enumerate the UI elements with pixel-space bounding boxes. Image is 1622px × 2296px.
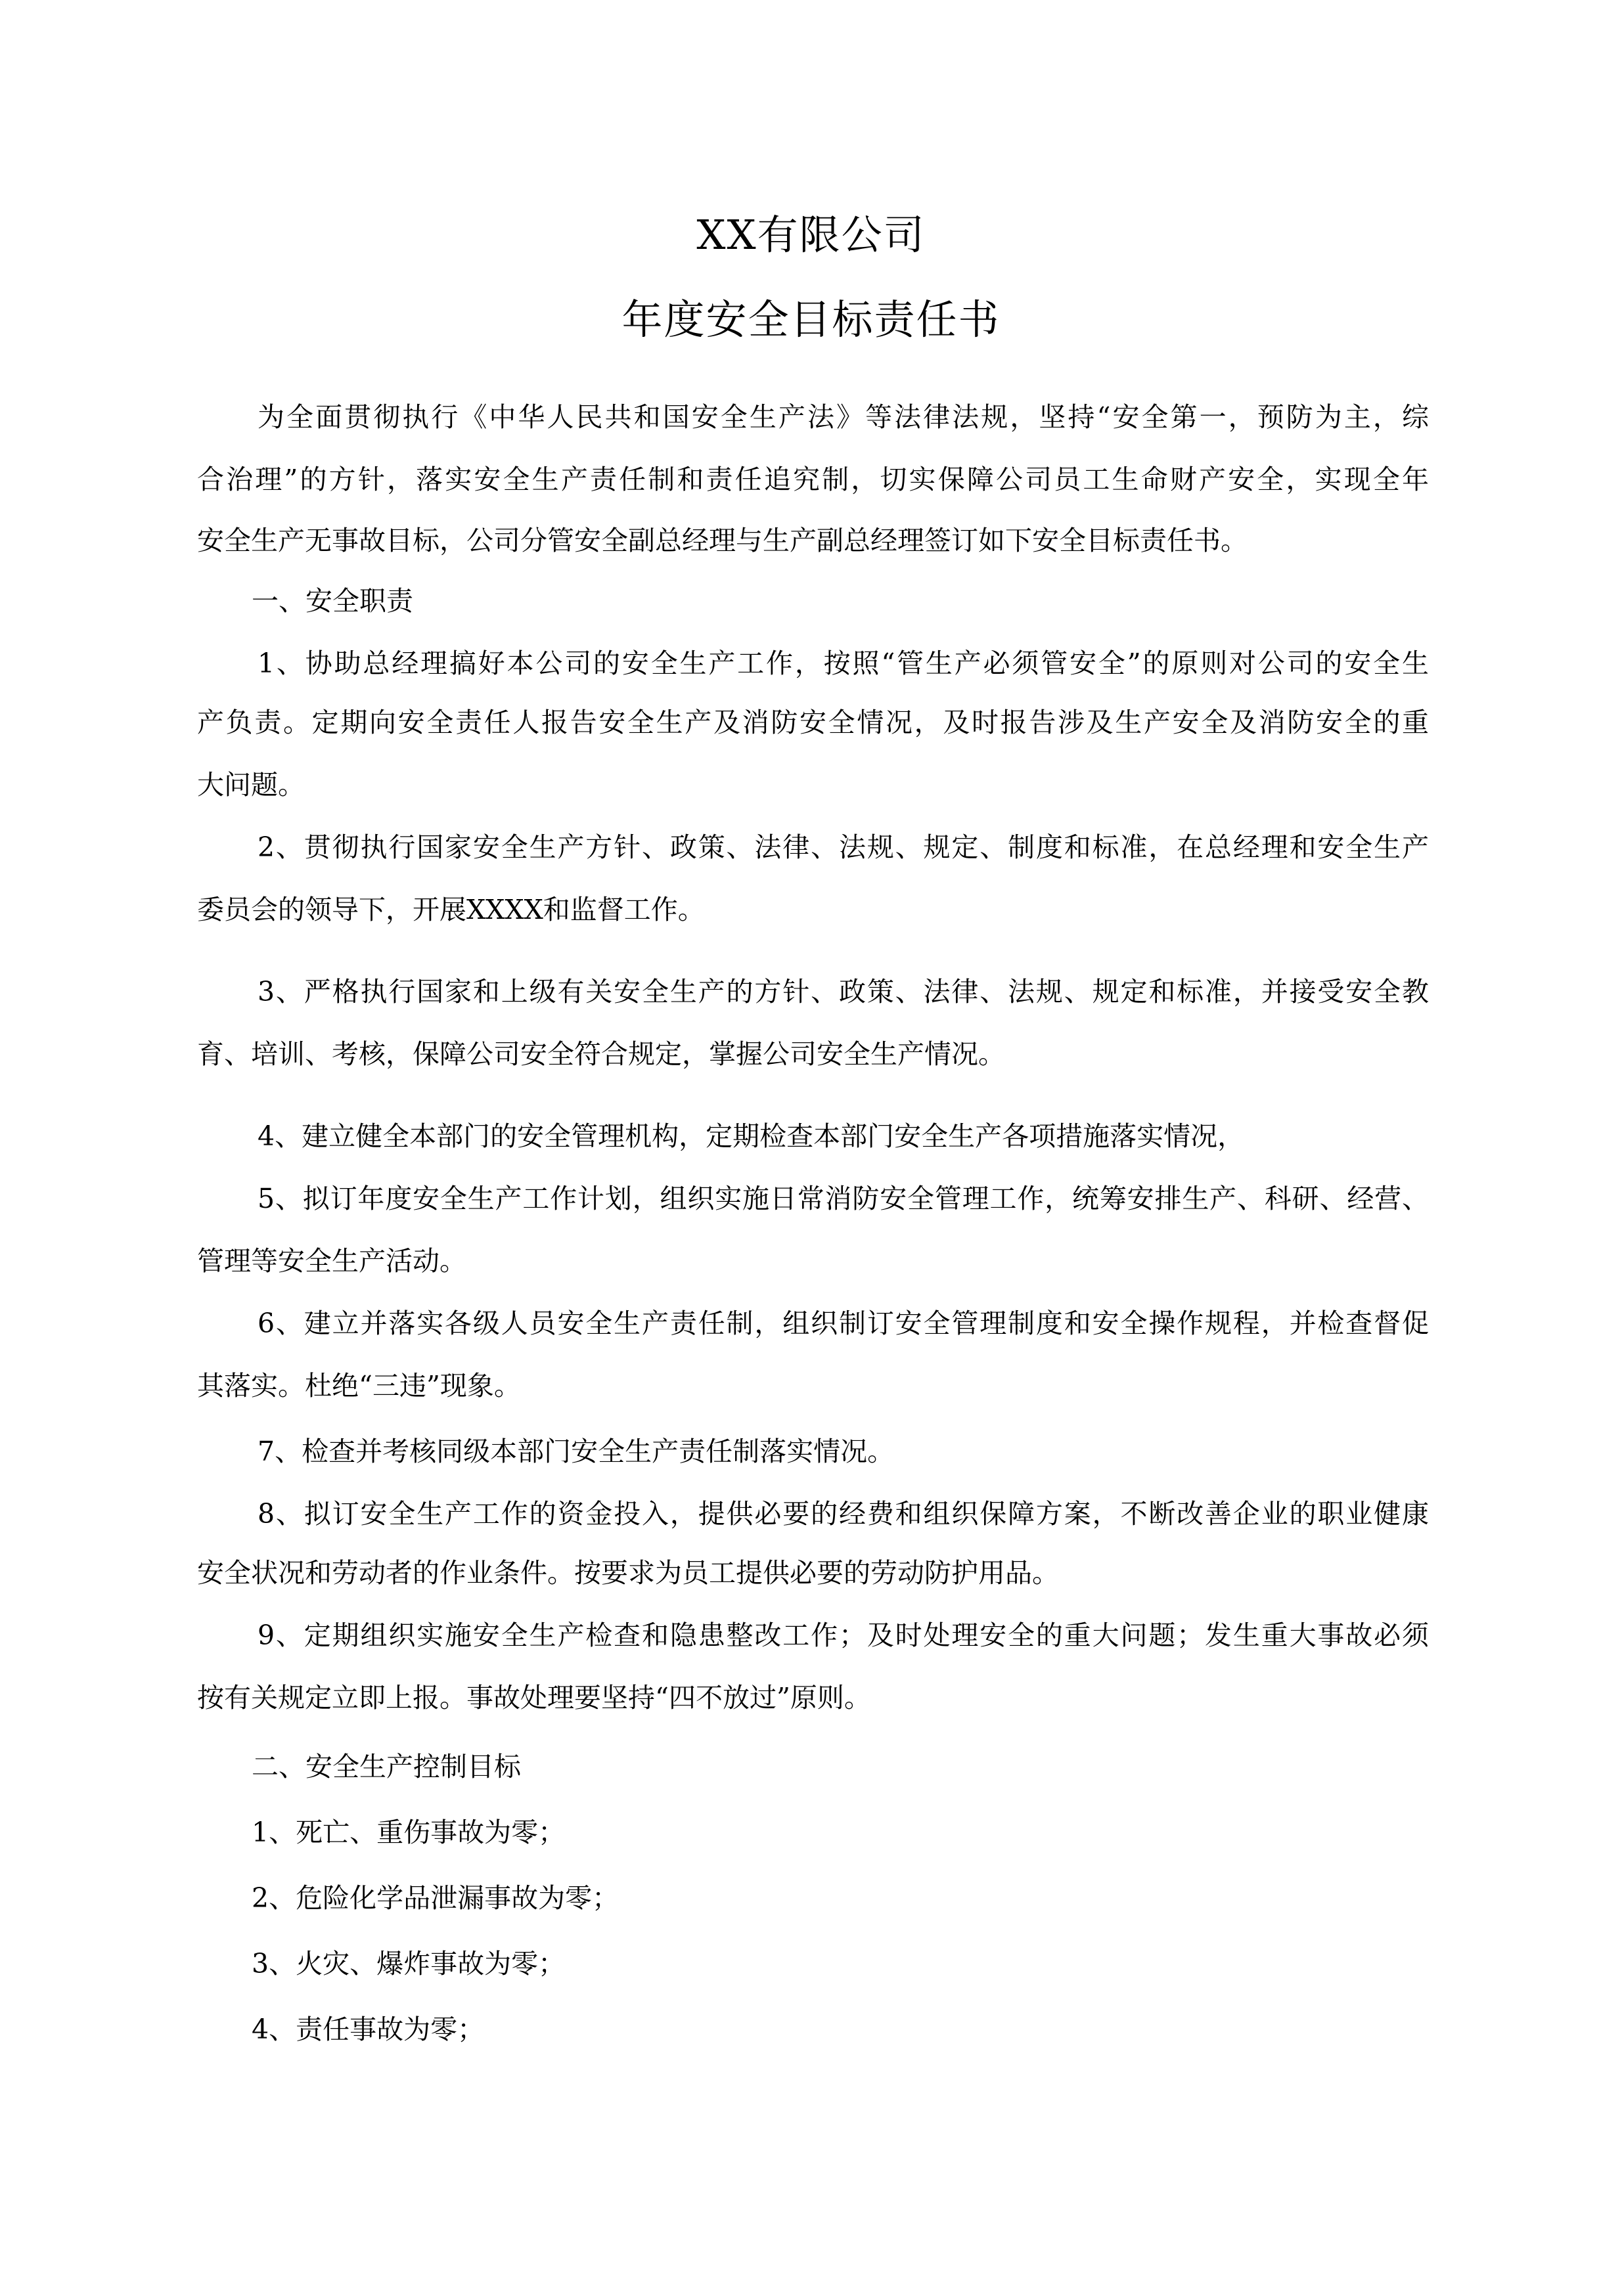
duty-item-2-cont: 委员会的领导下，开展XXXX和监督工作。: [197, 890, 1429, 929]
duty-item-1: 1、协助总经理搞好本公司的安全生产工作，按照“管生产必须管安全”的原则对公司的安…: [258, 644, 1429, 683]
section-heading-targets: 二、安全生产控制目标: [252, 1747, 1483, 1786]
duty-item-3-cont: 育、培训、考核，保障公司安全符合规定，掌握公司安全生产情况。: [197, 1034, 1429, 1074]
duty-item-1-cont: 大问题。: [197, 765, 1429, 805]
duty-item-9-cont: 按有关规定立即上报。事故处理要坚持“四不放过”原则。: [197, 1678, 1429, 1717]
duty-item-5-cont: 管理等安全生产活动。: [197, 1241, 1429, 1281]
duty-item-8-cont: 安全状况和劳动者的作业条件。按要求为员工提供必要的劳动防护用品。: [197, 1553, 1429, 1593]
document-page: XX有限公司 年度安全目标责任书 为全面贯彻执行《中华人民共和国安全生产法》等法…: [0, 0, 1622, 2296]
intro-line: 合治理”的方针，落实安全生产责任制和责任追究制，切实保障公司员工生命财产安全，实…: [197, 460, 1429, 499]
target-item-2: 2、危险化学品泄漏事故为零；: [252, 1878, 1483, 1918]
document-title: 年度安全目标责任书: [0, 294, 1622, 346]
target-item-1: 1、死亡、重伤事故为零；: [252, 1813, 1483, 1852]
duty-item-2: 2、贯彻执行国家安全生产方针、政策、法律、法规、规定、制度和标准，在总经理和安全…: [258, 828, 1429, 867]
duty-item-8: 8、拟订安全生产工作的资金投入，提供必要的经费和组织保障方案，不断改善企业的职业…: [258, 1494, 1429, 1534]
duty-item-3: 3、严格执行国家和上级有关安全生产的方针、政策、法律、法规、规定和标准，并接受安…: [258, 972, 1429, 1011]
company-title: XX有限公司: [0, 209, 1622, 261]
target-item-4: 4、责任事故为零；: [252, 2010, 1483, 2049]
target-item-3: 3、火灾、爆炸事故为零；: [252, 1944, 1483, 1983]
intro-line: 安全生产无事故目标，公司分管安全副总经理与生产副总经理签订如下安全目标责任书。: [197, 521, 1429, 560]
duty-item-6: 6、建立并落实各级人员安全生产责任制，组织制订安全管理制度和安全操作规程，并检查…: [258, 1304, 1429, 1343]
duty-item-1-cont: 产负责。定期向安全责任人报告安全生产及消防安全情况，及时报告涉及生产安全及消防安…: [197, 703, 1429, 742]
intro-line: 为全面贯彻执行《中华人民共和国安全生产法》等法律法规，坚持“安全第一，预防为主，…: [258, 397, 1429, 437]
section-heading-duties: 一、安全职责: [252, 581, 1483, 621]
duty-item-4: 4、建立健全本部门的安全管理机构，定期检查本部门安全生产各项措施落实情况，: [258, 1116, 1429, 1156]
duty-item-6-cont: 其落实。杜绝“三违”现象。: [197, 1366, 1429, 1405]
duty-item-7: 7、检查并考核同级本部门安全生产责任制落实情况。: [258, 1432, 1429, 1471]
duty-item-9: 9、定期组织实施安全生产检查和隐患整改工作；及时处理安全的重大问题；发生重大事故…: [258, 1616, 1429, 1655]
duty-item-5: 5、拟订年度安全生产工作计划，组织实施日常消防安全管理工作，统筹安排生产、科研、…: [258, 1179, 1429, 1218]
